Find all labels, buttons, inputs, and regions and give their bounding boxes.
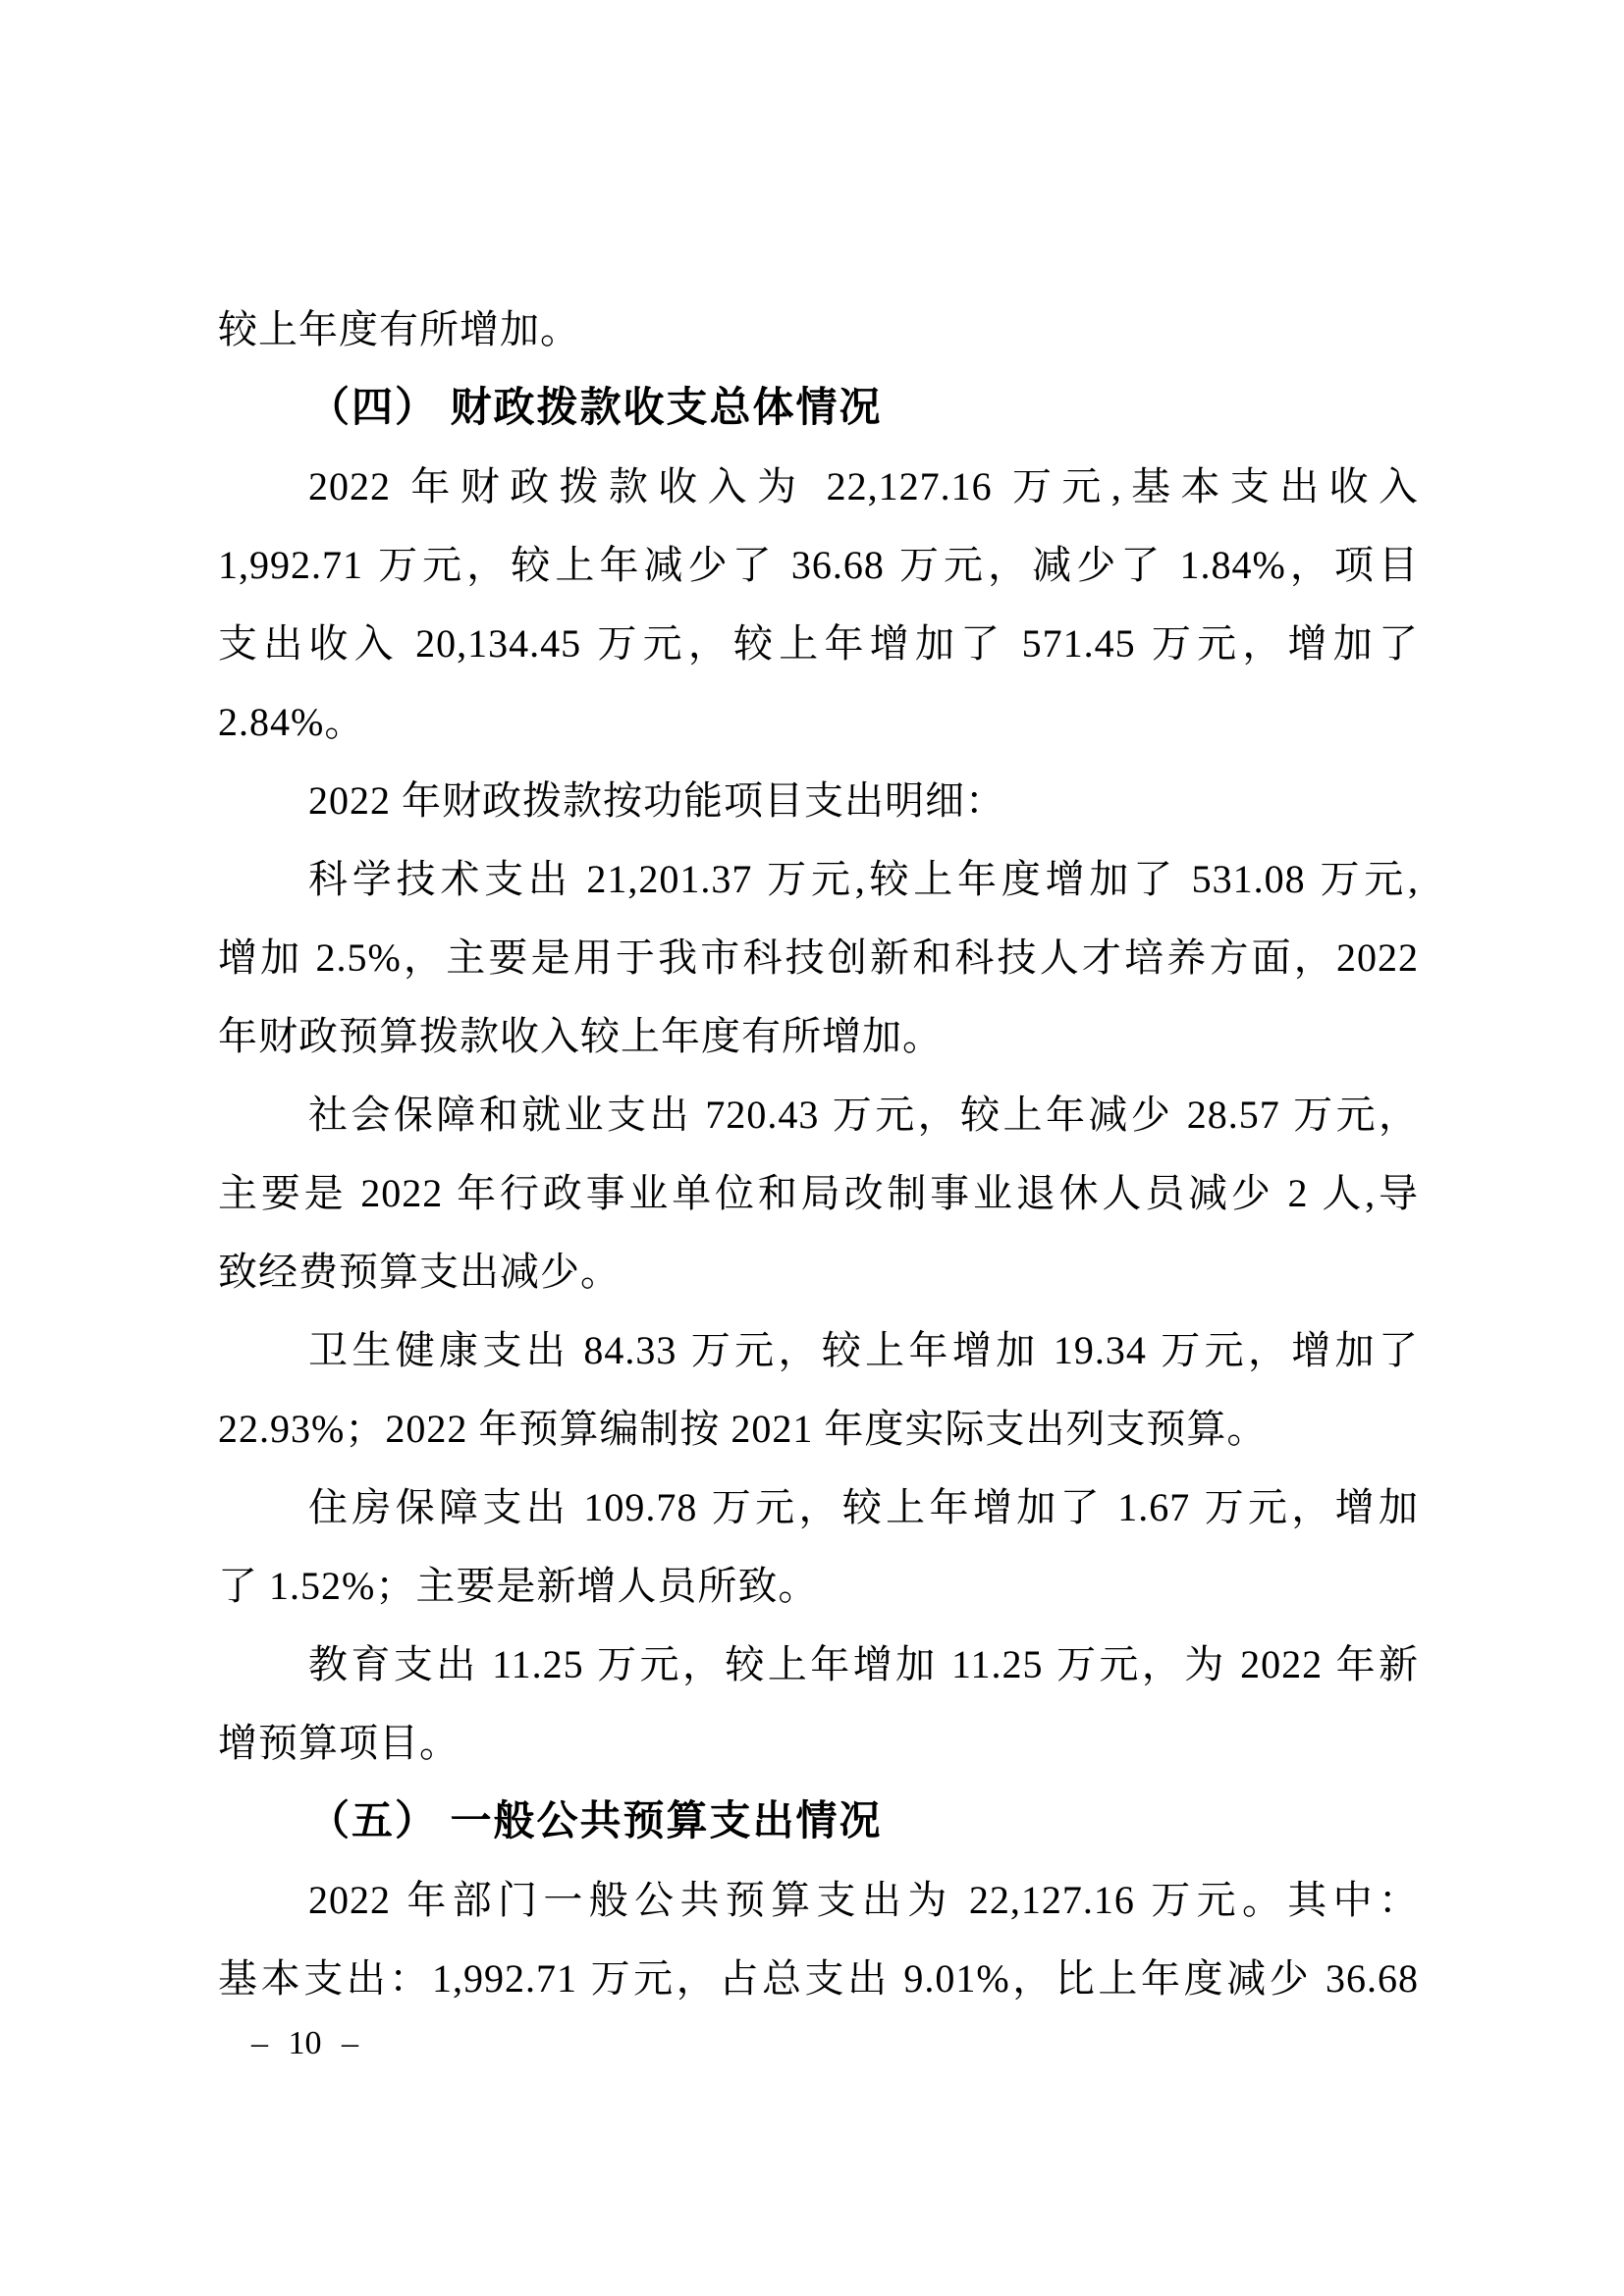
text-line: 卫生健康支出 84.33 万元，较上年增加 19.34 万元，增加了 [218,1311,1419,1390]
text-line: 2022 年财政拨款按功能项目支出明细： [218,762,1419,840]
text-line: 2022 年部门一般公共预算支出为 22,127.16 万元。其中： [218,1861,1419,1940]
section-heading: （四） 财政拨款收支总体情况 [218,369,1419,448]
text-line: 科学技术支出 21,201.37 万元,较上年度增加了 531.08 万元, [218,840,1419,919]
text-line: 增加 2.5%，主要是用于我市科技创新和科技人才培养方面，2022 [218,919,1419,997]
text-line: 了 1.52%；主要是新增人员所致。 [218,1547,1419,1626]
text-line: 住房保障支出 109.78 万元，较上年增加了 1.67 万元，增加 [218,1468,1419,1547]
text-line: 社会保障和就业支出 720.43 万元，较上年减少 28.57 万元， [218,1076,1419,1154]
text-line: 年财政预算拨款收入较上年度有所增加。 [218,997,1419,1076]
document-page: 较上年度有所增加。（四） 财政拨款收支总体情况2022 年财政拨款收入为 22,… [0,0,1624,2296]
text-line: 2.84%。 [218,683,1419,762]
text-line: 基本支出：1,992.71 万元，占总支出 9.01%，比上年度减少 36.68 [218,1940,1419,2018]
section-heading: （五） 一般公共预算支出情况 [218,1783,1419,1861]
text-line: 致经费预算支出减少。 [218,1233,1419,1311]
text-line: 1,992.71 万元，较上年减少了 36.68 万元，减少了 1.84%，项目 [218,526,1419,605]
page-number: – 10 – [251,2022,358,2065]
text-line: 支出收入 20,134.45 万元，较上年增加了 571.45 万元，增加了 [218,605,1419,683]
text-line: 22.93%；2022 年预算编制按 2021 年度实际支出列支预算。 [218,1390,1419,1468]
text-block: 较上年度有所增加。（四） 财政拨款收支总体情况2022 年财政拨款收入为 22,… [218,291,1419,2018]
text-line: 较上年度有所增加。 [218,291,1419,369]
text-line: 2022 年财政拨款收入为 22,127.16 万元,基本支出收入 [218,448,1419,526]
text-line: 主要是 2022 年行政事业单位和局改制事业退休人员减少 2 人,导 [218,1154,1419,1233]
text-line: 增预算项目。 [218,1704,1419,1783]
text-line: 教育支出 11.25 万元，较上年增加 11.25 万元，为 2022 年新 [218,1626,1419,1704]
